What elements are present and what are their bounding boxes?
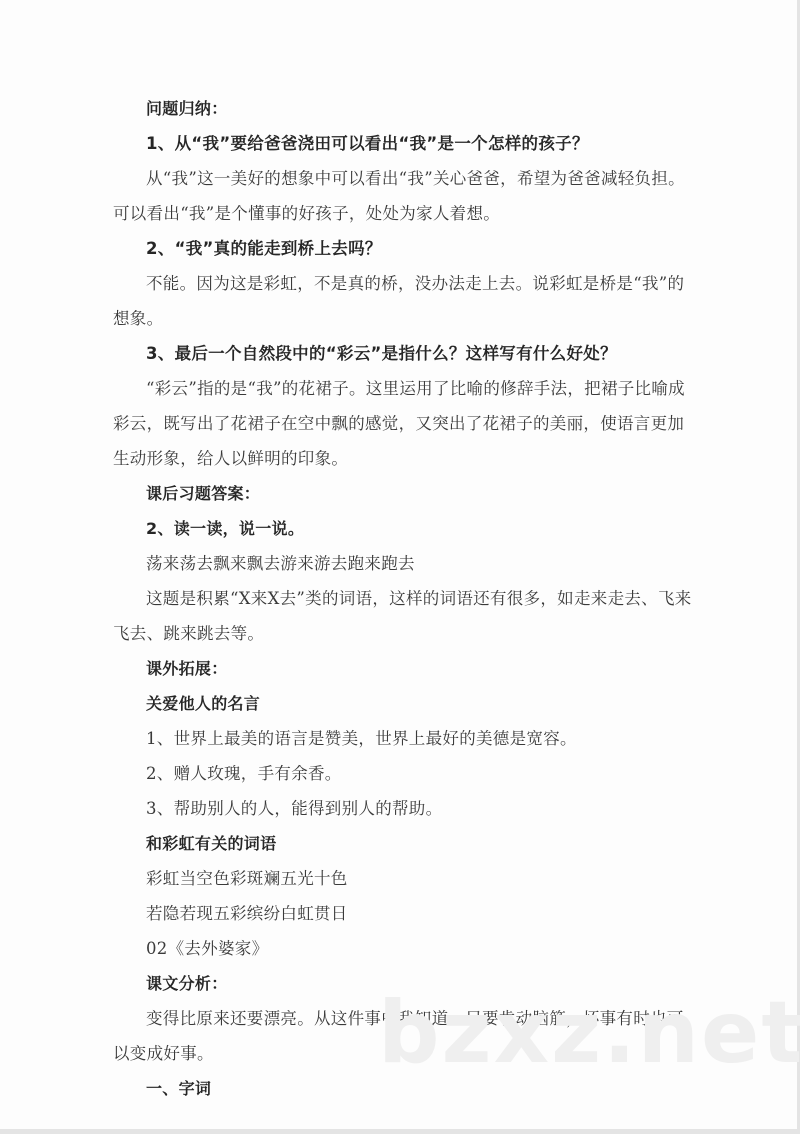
quote-2: 2、赠人玫瑰，手有余香。	[113, 756, 698, 791]
heading-exercise-answers: 课后习题答案：	[113, 476, 698, 511]
quote-1: 1、世界上最美的语言是赞美，世界上最好的美德是宽容。	[113, 721, 698, 756]
rainbow-words-1: 彩虹当空色彩斑斓五光十色	[113, 861, 698, 896]
document-body: 问题归纳： 1、从“我”要给爸爸浇田可以看出“我”是一个怎样的孩子？ 从“我”这…	[113, 91, 698, 1106]
heading-extension: 课外拓展：	[113, 651, 698, 686]
exercise-2-words: 荡来荡去飘来飘去游来游去跑来跑去	[113, 546, 698, 581]
lesson-02-title: 02《去外婆家》	[113, 931, 698, 966]
heading-problem-summary: 问题归纳：	[113, 91, 698, 126]
question-3: 3、最后一个自然段中的“彩云”是指什么？这样写有什么好处？	[113, 336, 698, 371]
exercise-2-explanation: 这题是积累“X来X去”类的词语，这样的词语还有很多，如走来走去、飞来飞去、跳来跳…	[113, 581, 698, 651]
answer-3: “彩云”指的是“我”的花裙子。这里运用了比喻的修辞手法，把裙子比喻成彩云，既写出…	[113, 371, 698, 476]
quote-3: 3、帮助别人的人，能得到别人的帮助。	[113, 791, 698, 826]
heading-rainbow-words: 和彩虹有关的词语	[113, 826, 698, 861]
exercise-2-title: 2、读一读，说一说。	[113, 511, 698, 546]
question-1: 1、从“我”要给爸爸浇田可以看出“我”是一个怎样的孩子？	[113, 126, 698, 161]
answer-2: 不能。因为这是彩虹，不是真的桥，没办法走上去。说彩虹是桥是“我”的想象。	[113, 266, 698, 336]
rainbow-words-2: 若隐若现五彩缤纷白虹贯日	[113, 896, 698, 931]
document-page: 问题归纳： 1、从“我”要给爸爸浇田可以看出“我”是一个怎样的孩子？ 从“我”这…	[0, 0, 800, 1134]
answer-1: 从“我”这一美好的想象中可以看出“我”关心爸爸，希望为爸爸减轻负担。可以看出“我…	[113, 161, 698, 231]
question-2: 2、“我”真的能走到桥上去吗？	[113, 231, 698, 266]
watermark: bzxz.net	[378, 990, 800, 1076]
heading-quotes: 关爱他人的名言	[113, 686, 698, 721]
